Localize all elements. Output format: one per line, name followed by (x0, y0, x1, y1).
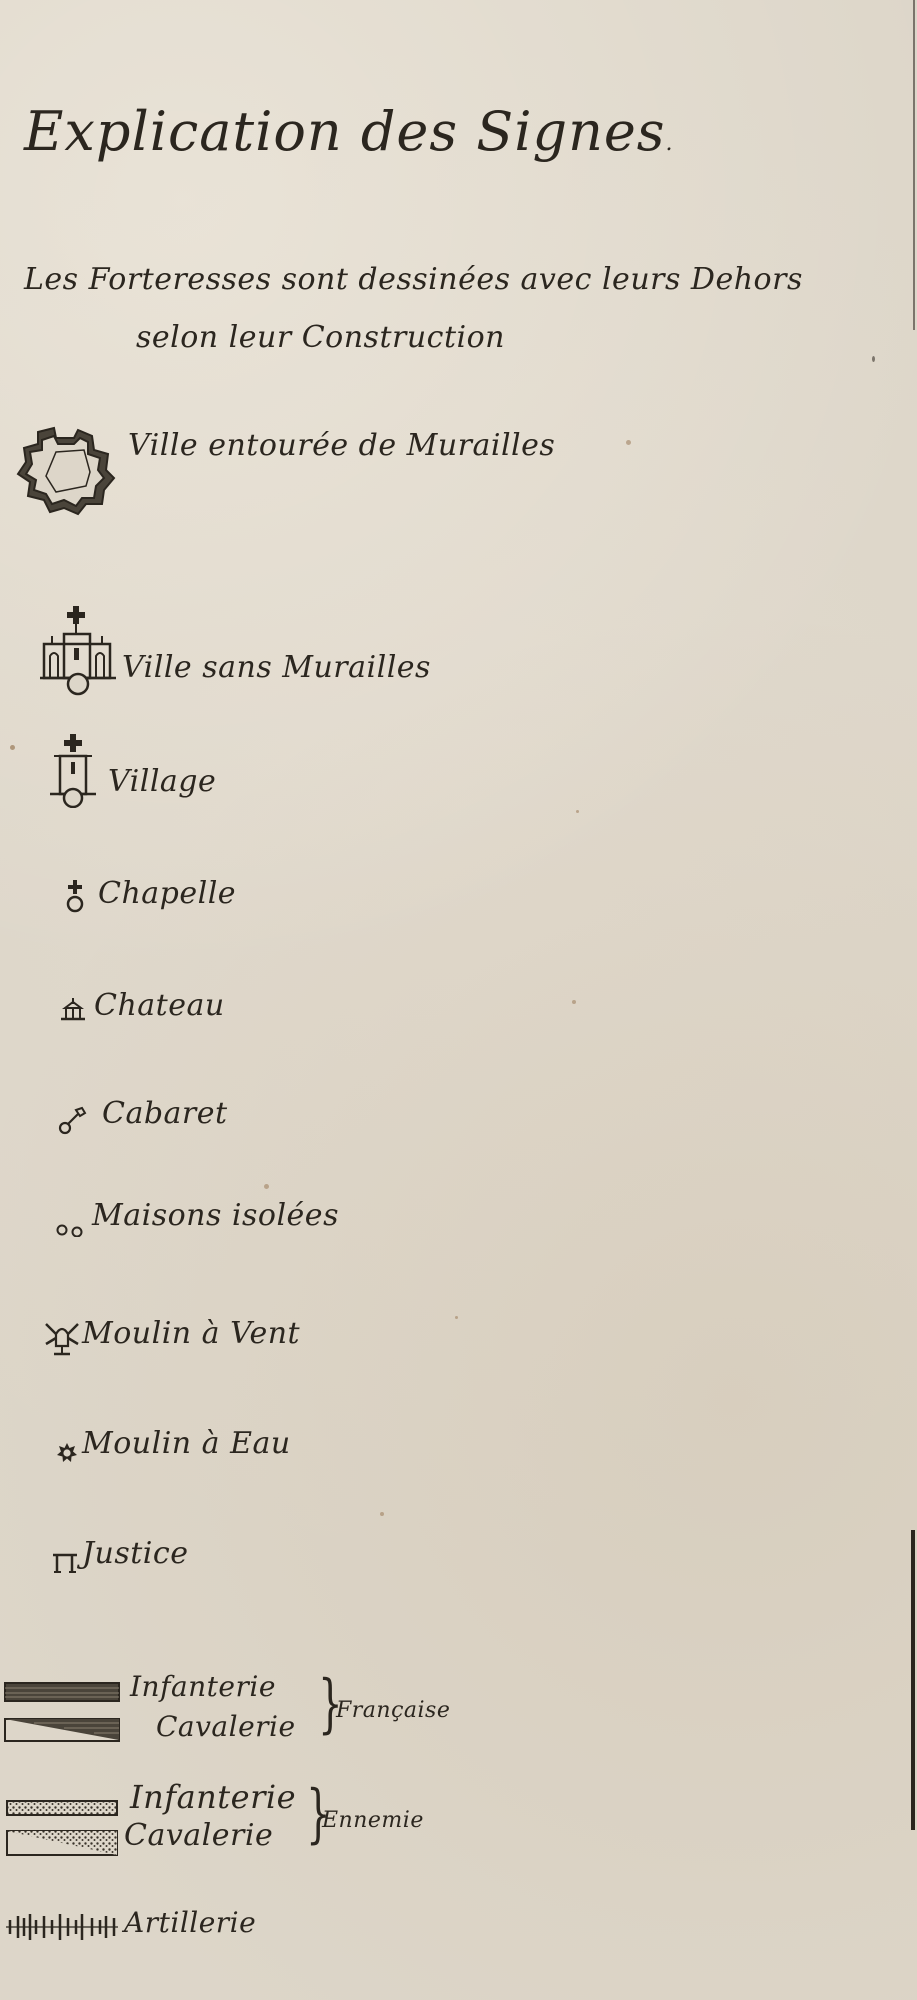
walled-town-icon (16, 424, 118, 518)
legend-label: Maisons isolées (92, 1198, 339, 1233)
tavern-icon (58, 1106, 90, 1136)
village-icon (50, 732, 96, 808)
watermill-icon (56, 1442, 78, 1464)
paper-speck (455, 1316, 458, 1319)
paper-speck (576, 810, 579, 813)
paper-speck (626, 440, 631, 445)
legend-label: Chateau (94, 988, 225, 1023)
windmill-icon (44, 1320, 80, 1358)
artillery-icon (6, 1910, 118, 1944)
legend-label: Moulin à Eau (82, 1426, 291, 1461)
frame-border (911, 1530, 915, 1830)
legend-label: Justice (82, 1536, 188, 1571)
paper-speck (264, 1184, 269, 1189)
french-infantry-icon (4, 1682, 120, 1702)
frame-border (913, 0, 915, 330)
paper-speck (872, 356, 875, 362)
paper-speck (380, 1512, 384, 1516)
subtitle-line-2: selon leur Construction (136, 320, 505, 355)
troop-group-label: Française (336, 1698, 450, 1723)
legend-label: Village (108, 764, 216, 799)
isolated-houses-icon (56, 1222, 86, 1236)
troop-label: Infanterie (130, 1670, 276, 1703)
page-title: Explication des Signes. (24, 100, 674, 163)
troop-group-label: Ennemie (322, 1808, 424, 1833)
legend-label: Moulin à Vent (82, 1316, 300, 1351)
legend-label: Ville sans Murailles (122, 650, 431, 685)
french-cavalry-icon (4, 1718, 120, 1742)
troop-label: Cavalerie (124, 1818, 273, 1853)
gallows-icon (52, 1552, 78, 1574)
unwalled-town-icon (40, 604, 116, 696)
legend-label: Chapelle (98, 876, 236, 911)
castle-icon (60, 996, 86, 1022)
troop-label: Cavalerie (156, 1710, 296, 1743)
enemy-cavalry-icon (6, 1830, 118, 1856)
title-dot: . (666, 131, 674, 156)
legend-label: Ville entourée de Murailles (128, 428, 555, 463)
subtitle-line-1: Les Forteresses sont dessinées avec leur… (24, 262, 803, 297)
troop-label: Infanterie (130, 1778, 296, 1816)
legend-label: Cabaret (102, 1096, 228, 1131)
paper-speck (10, 745, 15, 750)
enemy-infantry-icon (6, 1800, 118, 1816)
legend-label: Artillerie (124, 1906, 256, 1939)
paper-speck (572, 1000, 576, 1004)
title-text: Explication des Signes (24, 100, 666, 163)
chapel-icon (64, 880, 86, 914)
